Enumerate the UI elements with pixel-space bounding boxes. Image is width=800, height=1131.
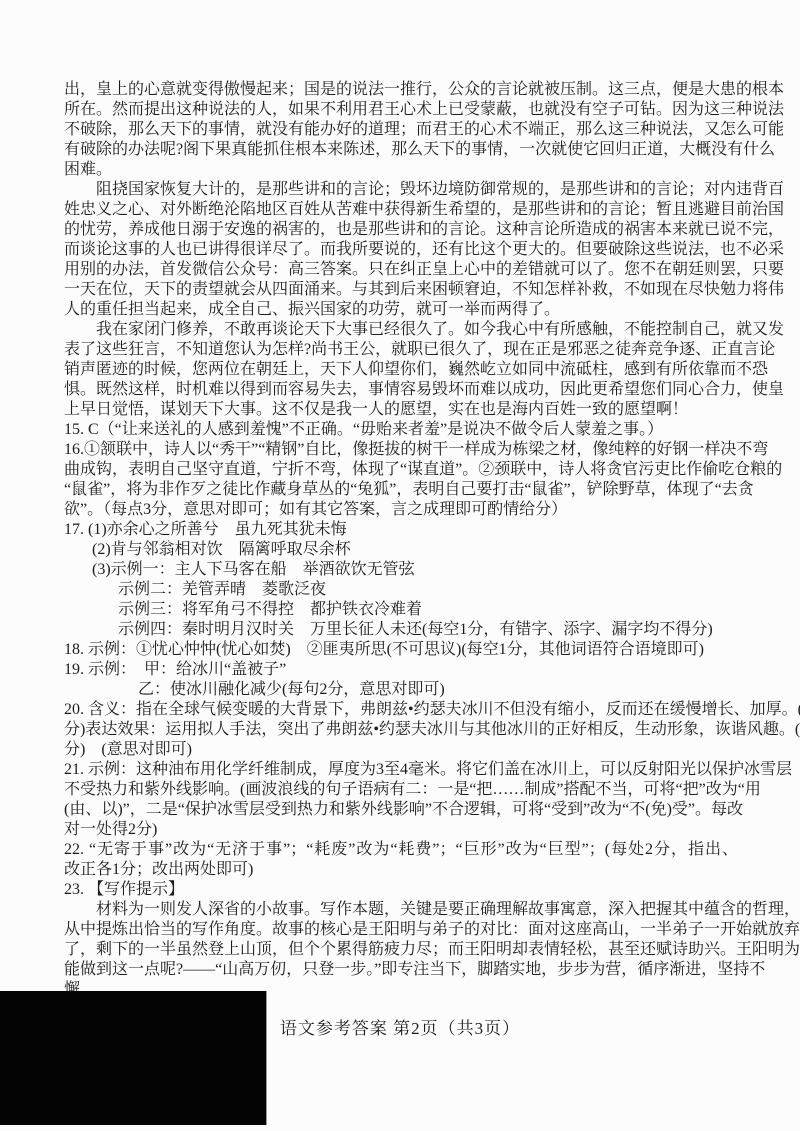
text-line: 困难。 — [64, 160, 738, 180]
text-line: 出，皇上的心意就变得傲慢起来；国是的说法一推行，公众的言论就被压制。这三点，便是… — [64, 80, 738, 100]
text-line: 用别的办法，首发微信公众号：高三答案。只在纠正皇上心中的差错就可以了。您不在朝廷… — [64, 260, 738, 280]
scanned-answer-page: 出，皇上的心意就变得傲慢起来；国是的说法一推行，公众的言论就被压制。这三点，便是… — [0, 0, 800, 1131]
text-line: (3)示例一：主人下马客在船 举酒欲饮无管弦 — [64, 560, 738, 580]
text-line: 了，剩下的一半虽然登上山顶，但个个累得筋疲力尽；而王阳明却表情轻松，甚至还赋诗助… — [64, 940, 738, 960]
answer-text-column: 出，皇上的心意就变得傲慢起来；国是的说法一推行，公众的言论就被压制。这三点，便是… — [64, 80, 738, 1000]
text-line: 一天在位，天下的责望就会从四面涌来。与其到后来困顿窘迫，不知怎样补救，不如现在尽… — [64, 280, 738, 300]
text-line: 人的重任担当起来，成全自己、振兴国家的功劳，就可一举而两得了。 — [64, 300, 738, 320]
text-line: 销声匿迹的时候，您两位在朝廷上，天下人仰望你们，巍然屹立如同中流砥柱，感到有所依… — [64, 360, 738, 380]
text-line: 曲成钩，表明自己坚守直道，宁折不弯，体现了“谋直道”。②颈联中，诗人将贪官污吏比… — [64, 460, 738, 480]
text-line: 改正各1分；改出两处即可) — [64, 860, 738, 880]
text-line: 分) (意思对即可) — [64, 740, 738, 760]
text-line: 不受热力和紫外线影响。(画波浪线的句子语病有二：一是“把……制成”搭配不当，可将… — [64, 780, 738, 800]
text-line: 乙：使冰川融化减少(每句2分，意思对即可) — [64, 680, 738, 700]
text-line: 所在。然而提出这种说法的人，如果不利用君王心术上已受蒙蔽，也就没有空子可钻。因为… — [64, 100, 738, 120]
text-line: 20. 含义：指在全球气候变暖的大背景下，弗朗兹•约瑟夫冰川不但没有缩小，反而还… — [64, 700, 738, 720]
text-line: (由、以)”，二是“保护冰雪层受到热力和紫外线影响”不合逻辑，可将“受到”改为“… — [64, 800, 738, 820]
text-line: 17. (1)亦余心之所善兮 虽九死其犹未悔 — [64, 520, 738, 540]
text-line: 18. 示例：①忧心忡忡(忧心如焚) ②匪夷所思(不可思议)(每空1分，其他词语… — [64, 640, 738, 660]
text-line: 我在家闭门修养，不敢再谈论天下大事已经很久了。如今我心中有所感触，不能控制自己，… — [64, 320, 738, 340]
text-line: “鼠雀”，将为非作歹之徒比作藏身草丛的“兔狐”，表明自己要打击“鼠雀”，铲除野草… — [64, 480, 738, 500]
text-line: 材料为一则发人深省的小故事。写作本题，关键是要正确理解故事寓意，深入把握其中蕴含… — [64, 900, 738, 920]
text-line: 21. 示例：这种油布用化学纤维制成，厚度为3至4毫米。将它们盖在冰川上，可以反… — [64, 760, 738, 780]
text-line: 22. “无寄于事”改为“无济于事”；“耗废”改为“耗费”；“巨形”改为“巨型”… — [64, 840, 738, 860]
text-line: 欲”。（每点3分，意思对即可；如有其它答案，言之成理即可酌情给分） — [64, 500, 738, 520]
redaction-box — [0, 991, 267, 1125]
text-line: 对一处得2分) — [64, 820, 738, 840]
text-line: 16.①颔联中，诗人以“秀干”“精钢”自比，像挺拔的树干一样成为栋梁之材，像纯粹… — [64, 440, 738, 460]
text-line: 有破除的办法呢?阁下果真能抓住根本来陈述，那么天下的事情，一次就使它回归正道，大… — [64, 140, 738, 160]
text-line: 的忧劳，养成他日溺于安逸的祸害的，也是那些讲和的言论。这种言论所造成的祸害本来就… — [64, 220, 738, 240]
text-line: 19. 示例： 甲：给冰川“盖被子” — [64, 660, 738, 680]
text-line: (2)肯与邻翁相对饮 隔篱呼取尽余杯 — [64, 540, 738, 560]
text-line: 23. 【写作提示】 — [64, 880, 738, 900]
text-line: 表了这些狂言，不知道您认为怎样?尚书王公，就职已很久了，现在正是邪恶之徒奔竞争逐… — [64, 340, 738, 360]
text-line: 惧。既然这样，时机难以得到而容易失去，事情容易毁坏而难以成功，因此更希望您们同心… — [64, 380, 738, 400]
text-line: 姓忠义之心、对外断绝沦陷地区百姓从苦难中获得新生希望的，是那些讲和的言论；暂且逃… — [64, 200, 738, 220]
text-line: 示例二：羌管弄晴 菱歌泛夜 — [64, 580, 738, 600]
text-line: 15. C（“让来送礼的人感到羞愧”不正确。“毋贻来者羞”是说决不做令后人蒙羞之… — [64, 420, 738, 440]
text-line: 从中提炼出恰当的写作角度。故事的核心是王阳明与弟子的对比：面对这座高山，一半弟子… — [64, 920, 738, 940]
text-line: 阻挠国家恢复大计的，是那些讲和的言论；毁坏边境防御常规的，是那些讲和的言论；对内… — [64, 180, 738, 200]
text-line: 示例四：秦时明月汉时关 万里长征人未还(每空1分，有错字、添字、漏字均不得分) — [64, 620, 738, 640]
text-line: 分)表达效果：运用拟人手法，突出了弗朗兹•约瑟夫冰川与其他冰川的正好相反，生动形… — [64, 720, 738, 740]
text-line: 能做到这一点呢?——“山高万仞，只登一步。”即专注当下，脚踏实地，步步为营，循序… — [64, 960, 738, 980]
text-line: 不破除，那么天下的事情，就没有能办好的道理；而君王的心术不端正，那么这三种说法，… — [64, 120, 738, 140]
text-line: 示例三：将军角弓不得控 都护铁衣冷难着 — [64, 600, 738, 620]
text-line: 而谈论这事的人也已讲得很详尽了。而我所要说的，还有比这个更大的。但要破除这些说法… — [64, 240, 738, 260]
text-line: 上早日觉悟，谋划天下大事。这不仅是我一人的愿望，实在也是海内百姓一致的愿望啊！ — [64, 400, 738, 420]
